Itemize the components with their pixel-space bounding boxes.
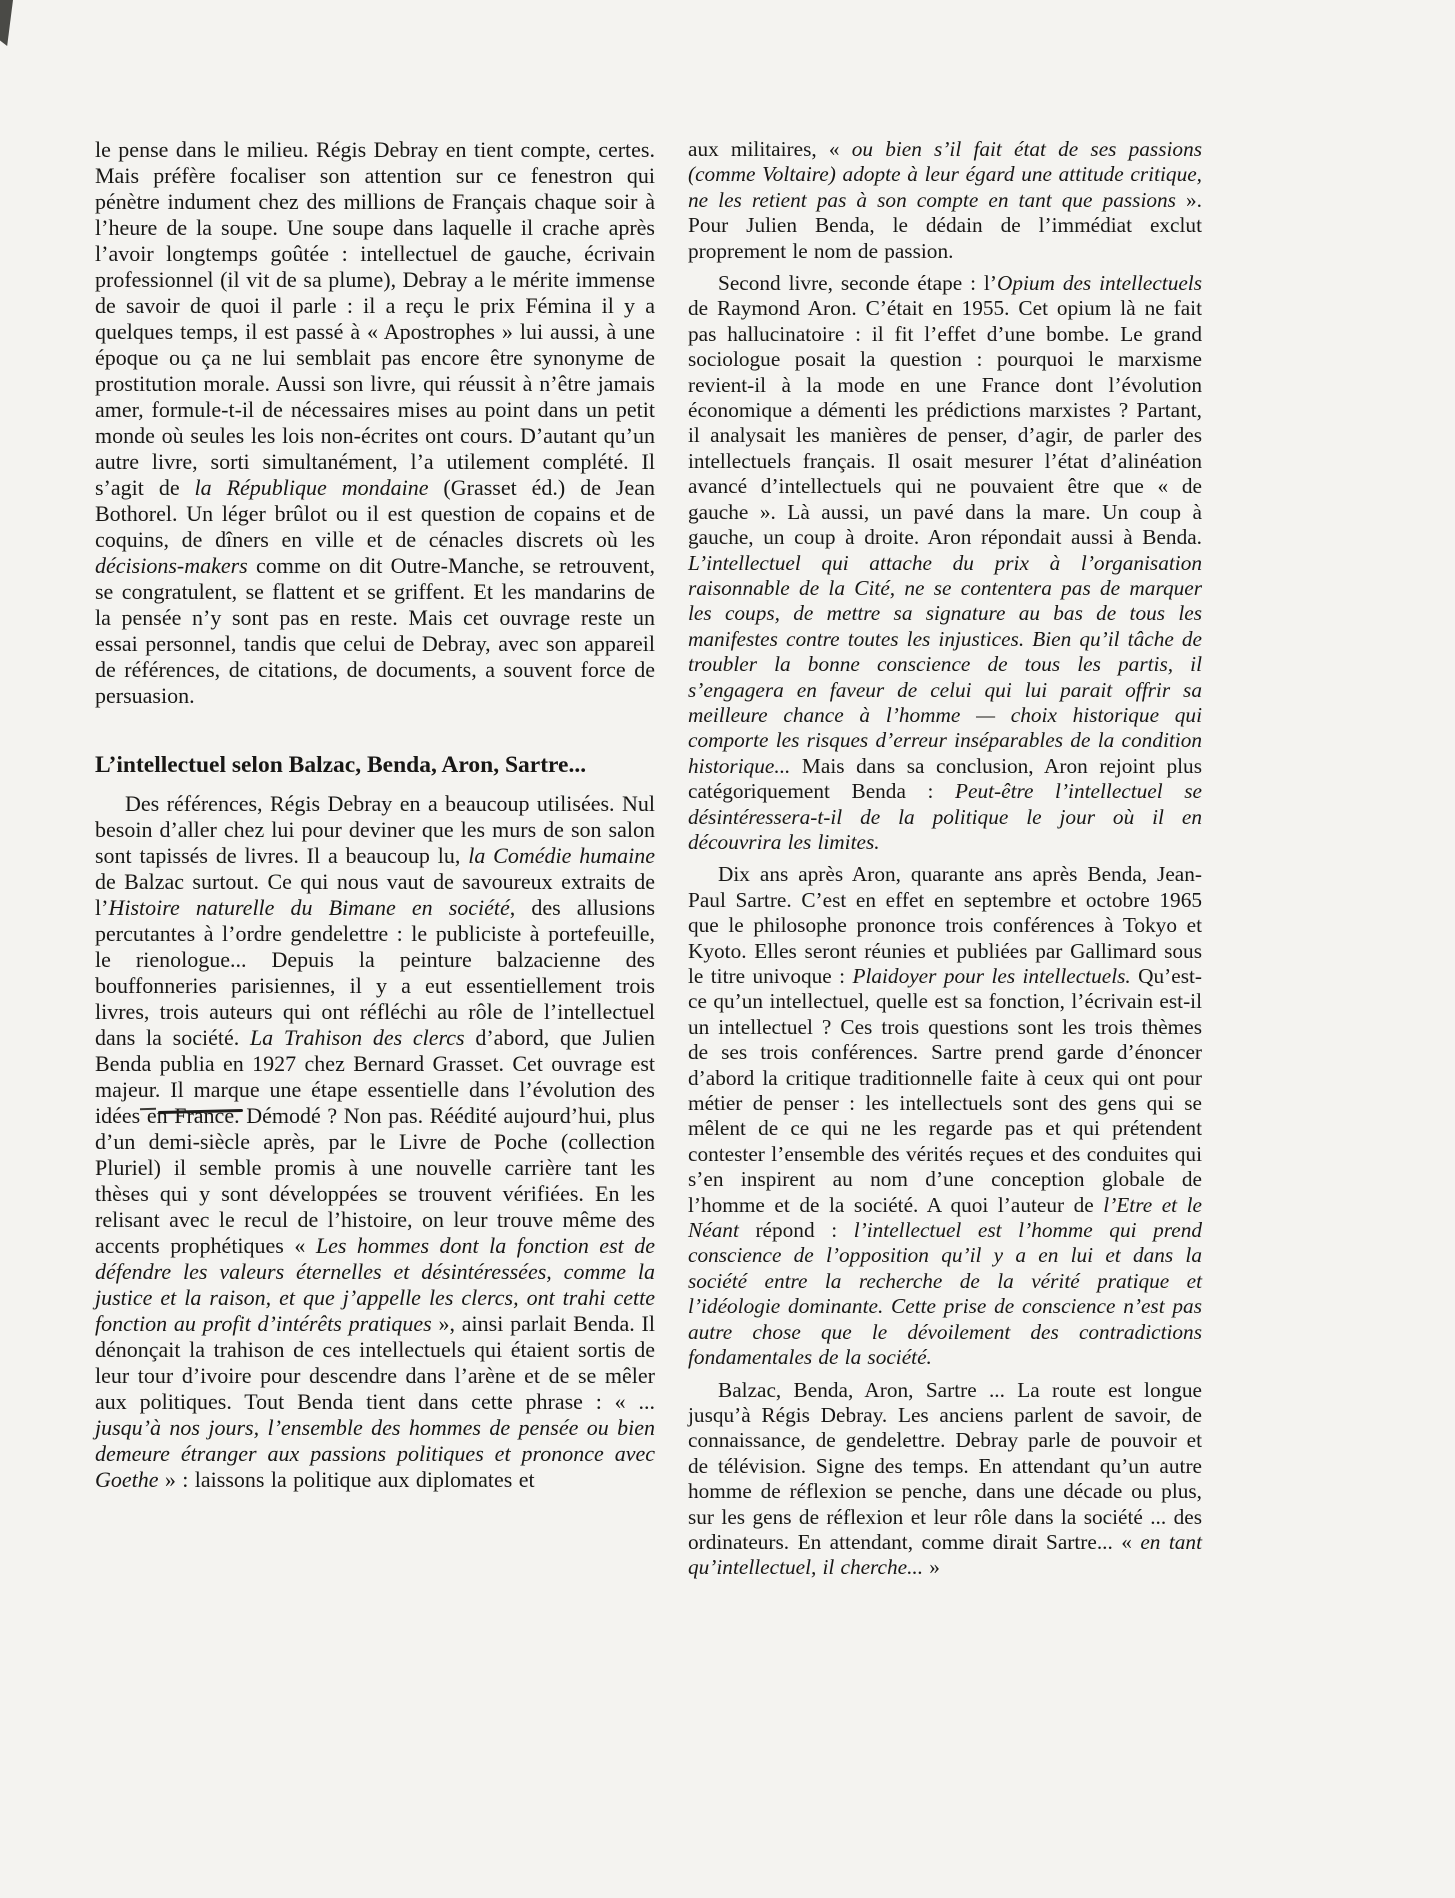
paragraph: Des références, Régis Debray en a beauco…: [95, 791, 655, 1493]
text-run: répond :: [739, 1218, 854, 1242]
text-run: Histoire naturelle du Bimane en société: [108, 895, 509, 920]
paragraph: Dix ans après Aron, quarante ans après B…: [688, 862, 1202, 1370]
section-heading: L’intellectuel selon Balzac, Benda, Aron…: [95, 751, 655, 779]
text-run: la République mondaine: [195, 475, 429, 500]
text-run: le pense dans le milieu. Régis Debray en…: [95, 137, 655, 500]
text-run: L’intellectuel qui attache du prix à l’o…: [688, 551, 1202, 778]
text-run: Opium des intellectuels: [997, 271, 1202, 295]
text-run: Balzac, Benda, Aron, Sartre ... La route…: [688, 1378, 1202, 1554]
text-run: Second livre, seconde étape : l’: [718, 271, 997, 295]
column-left: le pense dans le milieu. Régis Debray en…: [95, 137, 655, 1493]
text-run: La Trahison des clercs: [250, 1025, 465, 1050]
scanned-document: { "page": { "background": "#f4f3f0", "in…: [0, 0, 1455, 1898]
paragraph: Balzac, Benda, Aron, Sartre ... La route…: [688, 1378, 1202, 1581]
text-run: »: [923, 1555, 940, 1579]
document-page: le pense dans le milieu. Régis Debray en…: [0, 0, 1455, 1898]
text-run: Qu’est-ce qu’un intellectuel, quelle est…: [688, 964, 1202, 1217]
column-right: aux militaires, « ou bien s’il fait état…: [688, 137, 1202, 1581]
text-run: la Comédie humaine: [468, 843, 655, 868]
text-run: L’intellectuel selon Balzac, Benda, Aron…: [95, 752, 586, 778]
scan-artifact-corner: [0, 0, 13, 46]
ink-smudged-text: France.: [174, 1103, 239, 1128]
paragraph: le pense dans le milieu. Régis Debray en…: [95, 137, 655, 709]
text-run: Plaidoyer pour les intellectuels.: [852, 964, 1130, 988]
paragraph: Second livre, seconde étape : l’Opium de…: [688, 271, 1202, 855]
text-run: décisions-makers: [95, 553, 248, 578]
text-run: de Raymond Aron. C’était en 1955. Cet op…: [688, 296, 1202, 549]
text-run: aux militaires, «: [688, 137, 852, 161]
text-run: » : laissons la politique aux diplomates…: [159, 1467, 535, 1492]
paragraph: aux militaires, « ou bien s’il fait état…: [688, 137, 1202, 264]
